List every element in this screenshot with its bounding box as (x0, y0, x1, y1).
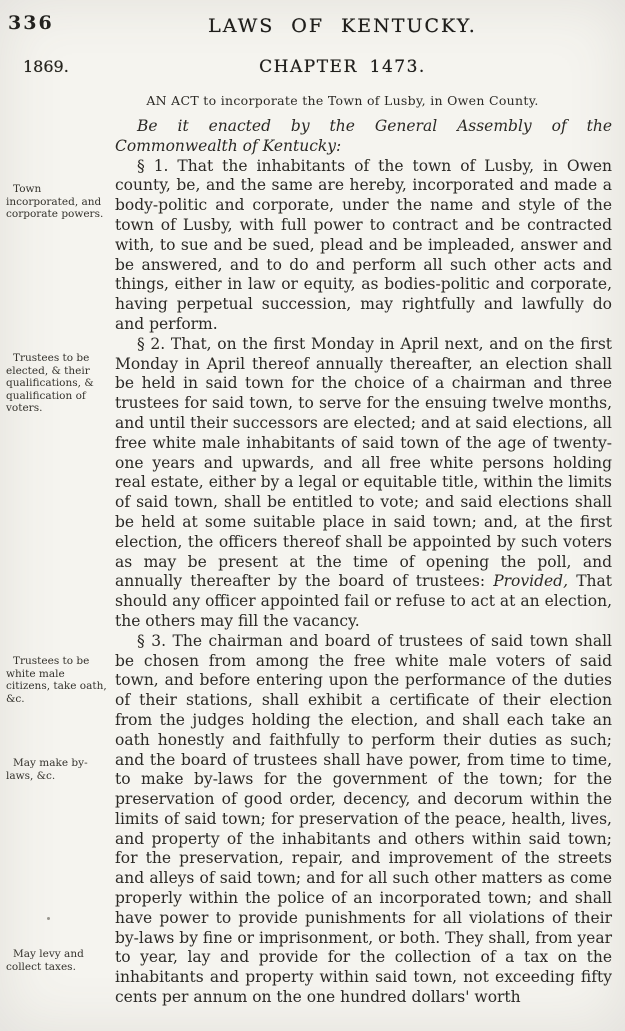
act-body-text: Be it enacted by the General Assembly of… (115, 117, 612, 1008)
proviso-term: Provided, (493, 572, 568, 590)
section-3-paragraph: § 3. The chairman and board of trustees … (115, 632, 612, 1008)
margin-note-trustees-oath: Trustees to be white male citizens, take… (6, 655, 109, 705)
section-2-text: § 2. That, on the first Monday in April … (115, 335, 612, 591)
page-number: 336 (8, 12, 54, 34)
scanned-law-book-page: 336 LAWS OF KENTUCKY. 1869. CHAPTER 1473… (0, 0, 625, 1031)
chapter-heading: CHAPTER 1473. (60, 57, 625, 77)
running-title: LAWS OF KENTUCKY. (60, 15, 625, 37)
section-1-paragraph: § 1. That the inhabitants of the town of… (115, 157, 612, 335)
margin-note-trustees-elected: Trustees to be elected, & their qualific… (6, 352, 109, 415)
scan-speck-artifact (47, 917, 50, 920)
margin-note-by-laws: May make by-laws, &c. (6, 757, 109, 782)
margin-note-taxes: May levy and collect taxes. (6, 948, 109, 973)
margin-note-incorporation: Town incorporated, and corporate powers. (6, 183, 109, 221)
enacting-clause: Be it enacted by the General Assembly of… (115, 117, 612, 157)
section-2-paragraph: § 2. That, on the first Monday in April … (115, 335, 612, 632)
act-caption: AN ACT to incorporate the Town of Lusby,… (60, 93, 625, 108)
